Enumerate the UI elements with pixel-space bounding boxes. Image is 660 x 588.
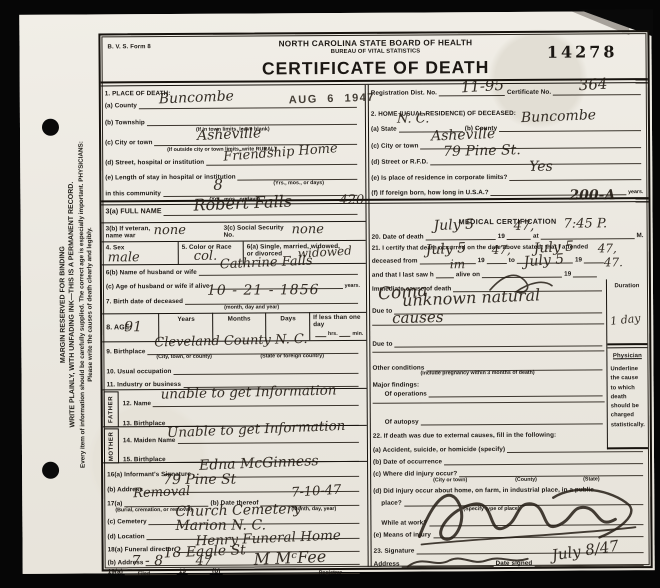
disposal-date-value: 7-10-47 [291, 483, 342, 501]
mother-side-label: MOTHER [108, 431, 114, 461]
spouse-age-label: (c) Age of husband or wife if alive [106, 283, 210, 291]
external-b-label: (b) Date of occurrence [373, 458, 442, 466]
home-street-value: 79 Pine St. [443, 142, 521, 160]
of-operations-label: Of operations [385, 390, 427, 397]
physician-note: Underline the cause to which death shoul… [610, 365, 645, 430]
received-date-stamp: AUG 6 1947 [289, 92, 375, 107]
duration-rule [607, 343, 647, 348]
field-due-to-2: Due to [372, 338, 604, 347]
field-external-b: (b) Date of occurrence [373, 456, 645, 466]
physician-address-ink [404, 552, 534, 573]
field-of-operations: Of operations [385, 388, 605, 397]
corporate-limits-value: Yes [529, 159, 553, 175]
disposal-location-label: (d) Location [107, 533, 144, 540]
date-of-death-label: 20. Date of death [372, 233, 424, 241]
last-saw-fill-line [436, 270, 454, 278]
certificate-no-value: 364 [578, 75, 608, 95]
home-state-label: (a) State [371, 125, 397, 132]
death-year-prefix: 19 [498, 233, 505, 240]
corporate-limits-label: (e) Is place of residence in corporate l… [371, 174, 507, 182]
sex-value: male [108, 250, 140, 265]
age-value: 91 [124, 319, 142, 335]
age-col-days: Days [268, 315, 308, 322]
field-township: (b) Township [105, 117, 359, 127]
cemetery-label: (c) Cemetery [107, 518, 146, 525]
external-d-label2: place? [381, 499, 402, 506]
age-hrs-row: hrs. min. [313, 329, 363, 337]
major-findings-label: Major findings: [373, 381, 420, 389]
certificate-paper: MARGIN RESERVED FOR BINDING WRITE PLAINL… [19, 11, 654, 574]
of-autopsy-label: Of autopsy [385, 418, 419, 425]
external-a-line [507, 444, 643, 453]
filed-date-value: 7 - 8 [132, 553, 164, 569]
board-title: NORTH CAROLINA STATE BOARD OF HEALTH [210, 38, 540, 49]
death-time-line [541, 231, 635, 240]
disposal-type-value: Removal [133, 484, 190, 501]
date-of-death-value: July 5 [433, 216, 474, 234]
home-city-value: Asheville [431, 126, 496, 145]
punch-hole-top [42, 119, 59, 136]
due-to-2-line [394, 338, 602, 347]
bureau-title: BUREAU OF VITAL STATISTICS [211, 48, 541, 57]
community-stay-label: in this community [105, 190, 161, 198]
attended-to-label: to [509, 257, 515, 264]
spouse-age-suffix: years. [345, 283, 360, 289]
home-heading: 2. HOME (USUAL RESIDENCE) OF DECEASED: [371, 110, 516, 118]
full-name-label: 3(a) FULL NAME [105, 208, 161, 216]
age-min-label: min. [352, 331, 363, 337]
saw-year-value: 47. [604, 255, 623, 269]
county-label: (a) County [105, 102, 137, 109]
last-saw-value: July 5 [523, 251, 564, 270]
registration-dist-label: Registration Dist. No. [371, 89, 437, 97]
due-extra-line [372, 350, 604, 352]
mother-side-cell: MOTHER [104, 428, 119, 463]
registrar-value: M MᶜFee [253, 547, 326, 569]
county-value: Buncombe [159, 88, 235, 107]
other-conditions-label: Other conditions [372, 364, 424, 372]
foreign-born-suffix: years. [628, 189, 643, 195]
field-corporate-limits: (e) Is place of residence in corporate l… [371, 172, 643, 182]
field-date-of-death: 20. Date of death 19 at M. [372, 231, 644, 241]
saw-year-line [573, 269, 597, 277]
race-value: col. [194, 249, 217, 264]
of-operations-line [429, 388, 603, 397]
cell-divider-1 [178, 242, 179, 264]
to-year-value: 47, [598, 241, 617, 255]
age-hrs-label: hrs. [328, 331, 338, 337]
city-value: Asheville [197, 125, 262, 144]
age-col-months: Months [215, 315, 263, 323]
field-occupation: 10. Usual occupation [106, 366, 360, 376]
home-street-label: (d) Street or R.F.D. [371, 158, 428, 166]
filed-year-value: 47 [196, 554, 213, 569]
attended-from-value: July 5 [425, 240, 466, 258]
margin-note-item: Every item of information should be care… [78, 141, 87, 468]
age-less-label: If less than one day [313, 314, 363, 329]
registrar-b-label: (b) [212, 567, 220, 574]
of-autopsy-line [421, 416, 603, 425]
age-col-years: Years [162, 316, 210, 324]
scanned-death-certificate: { "scan": { "serial": "14278", "date_sta… [0, 0, 660, 588]
registrar-caption: Registrar [319, 570, 342, 576]
field-of-autopsy: Of autopsy [385, 416, 605, 425]
birthdate-hint: (month, day and year) [224, 304, 279, 310]
physician-title: Physician [607, 353, 647, 360]
death-m-label: M. [636, 232, 643, 239]
certificate-form: B. V. S. Form 8 NORTH CAROLINA STATE BOA… [98, 30, 652, 571]
code-200a: 200-A [569, 187, 615, 203]
duration-due1-value: 1 day [610, 312, 642, 328]
duration-header: Duration [607, 283, 647, 290]
age-hrs-line [315, 329, 326, 337]
age-min-line [340, 329, 351, 337]
filed-label: 19(a) [108, 568, 123, 575]
spouse-label: 6(b) Name of husband or wife [106, 269, 197, 277]
external-heading: 22. If death was due to external causes,… [373, 431, 603, 440]
occupation-line [173, 366, 358, 375]
father-side-cell: FATHER [104, 391, 119, 427]
birthplace-hint-1: (City, town, or county) [156, 354, 212, 360]
birthdate-label: 7. Birth date of deceased [106, 298, 183, 306]
due-to-2-label: Due to [372, 340, 392, 347]
to-year-prefix: 19 [575, 256, 582, 263]
township-label: (b) Township [105, 119, 145, 126]
saw-year-prefix: 19 [564, 270, 571, 277]
code-420: 420 [339, 193, 364, 208]
external-a-label: (a) Accident, suicide, or homicide (spec… [373, 446, 505, 454]
from-year-value: 47, [492, 243, 511, 257]
city-label: (c) City or town [105, 139, 152, 147]
death-year-value: 47, [514, 219, 535, 234]
age-divider-4 [309, 312, 310, 340]
punch-hole-bottom [42, 462, 59, 479]
home-city-label: (c) City or town [371, 142, 418, 150]
birthdate-value: 10 - 21 - 1856 [207, 282, 320, 299]
ssn-value: none [292, 222, 324, 237]
from-year-line [487, 256, 507, 264]
home-county-value: Buncombe [521, 107, 597, 126]
length-of-stay-hint: (Yrs., mos., or days) [273, 180, 324, 186]
registration-dist-value: 11-95 [460, 76, 504, 96]
foreign-born-label: (f) If foreign born, how long in U.S.A.? [371, 189, 488, 197]
last-saw-pre: and that I last saw h [372, 271, 434, 279]
physician-address-label: Address [374, 560, 400, 567]
death-time-value: 7:45 P. [564, 216, 608, 231]
physician-signature-ink [403, 475, 648, 560]
full-name-value: Robert Falls [193, 192, 292, 215]
father-name-label: 12. Name [123, 400, 152, 407]
filed-caption: Filed [138, 571, 150, 577]
certificate-no-label: Certificate No. [507, 88, 551, 96]
due-to-1-value-2: causes [392, 308, 444, 327]
to-year-line [584, 255, 604, 263]
veteran-value: none [154, 223, 186, 238]
filed-year-prefix: 19 [179, 568, 186, 575]
external-b-line [444, 456, 643, 465]
home-state-value: N. C. [397, 111, 430, 126]
last-saw-fill-value: im [450, 257, 465, 271]
margin-note-binding: MARGIN RESERVED FOR BINDING [59, 246, 67, 363]
attended-from-label: deceased from [372, 257, 418, 265]
rule-under-name [102, 221, 366, 224]
duration-box: Duration 1 day Physician Underline the c… [606, 279, 648, 449]
rule-under-veteran [102, 240, 366, 243]
from-year-prefix: 19 [478, 257, 485, 264]
form-columns: 1. PLACE OF DEATH: (a) County Buncombe A… [101, 83, 651, 568]
operations-extra-line [373, 401, 605, 403]
certificate-serial-number: 14278 [547, 42, 618, 61]
occupation-label: 10. Usual occupation [106, 368, 171, 376]
birthplace-label: 9. Birthplace [106, 348, 145, 355]
street-institution-label: (d) Street, hospital or institution [105, 159, 204, 167]
father-side-label: FATHER [108, 396, 114, 423]
header-block: NORTH CAROLINA STATE BOARD OF HEALTH BUR… [210, 38, 540, 79]
form-number: B. V. S. Form 8 [107, 44, 150, 51]
disposal-type-label: 17(a) [107, 500, 122, 507]
field-external-a: (a) Accident, suicide, or homicide (spec… [373, 444, 645, 454]
margin-note-ink: WRITE PLAINLY, WITH UNFADING INK—THIS IS… [68, 182, 77, 428]
birthplace-hint-2: (State or foreign country) [260, 353, 324, 359]
margin-note-legibly: Please write the causes of death clearly… [86, 227, 94, 382]
due-to-1-label: Due to [372, 307, 392, 314]
community-stay-value: 8 [213, 176, 223, 194]
section-rule [101, 197, 648, 205]
other-conditions-hint: (Include pregnancy within 3 months of de… [420, 370, 534, 377]
last-saw-post: alive on [456, 271, 480, 278]
